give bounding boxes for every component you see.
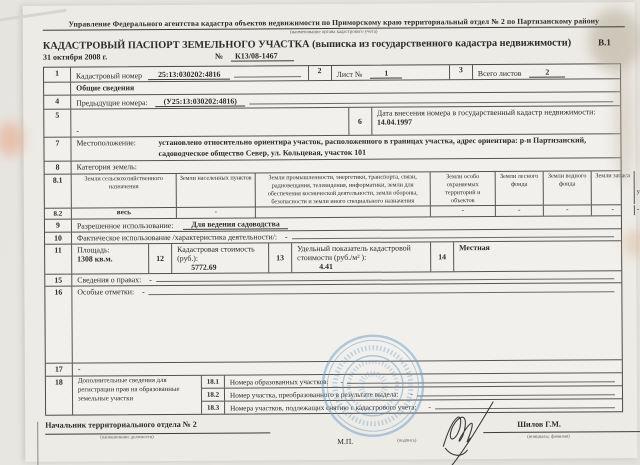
system-value: Местная (454, 242, 621, 272)
row-number: 1 (44, 68, 71, 82)
scan-stain (624, 230, 640, 256)
row-number: 16 (45, 287, 72, 363)
rights-label: Сведения о правах: (77, 276, 141, 285)
row-number: 8 (45, 162, 72, 174)
underline (417, 395, 615, 397)
row-number: 10 (45, 233, 72, 244)
cadastral-number-label: Кадастровый номер (76, 71, 142, 80)
land-category-cell: - (431, 206, 496, 216)
cadastral-table: 1 Кадастровый номер 25:13:030202:4816 2 … (43, 64, 623, 417)
location-label: Местоположение: (76, 138, 158, 160)
area-value: 1308 кв.м. (77, 255, 143, 264)
cadastral-cost-label: Кадастровая стоимость (руб.): (177, 245, 263, 264)
scan-edge-line (37, 422, 38, 465)
row-number: 14 (430, 243, 454, 272)
permitted-use-label: Разрешенное использование: (77, 221, 174, 231)
row-number: 18.2 (202, 389, 225, 401)
row-number: 15 (45, 275, 72, 286)
row-number: 12 (148, 244, 172, 273)
document-sheet: Управление Федерального агентства кадаст… (23, 2, 638, 462)
document-header: Управление Федерального агентства кадаст… (23, 2, 635, 63)
table-row-8-1: 8.1 Земли сельскохозяйственного назначен… (45, 172, 621, 210)
formed-parcels-value: - (341, 378, 343, 386)
land-category-col: Земли особо охраняемых территорий и объе… (431, 172, 496, 205)
cadastral-number-value: 25:13:030202:4816 (148, 70, 230, 81)
table-row-11-14: 11 Площадь: 1308 кв.м. 12 Кадастровая ст… (45, 242, 621, 276)
additional-info-label: Дополнительные сведения для регистрации … (73, 376, 202, 415)
formed-parcels-label: Номера образованных участков: (230, 378, 329, 387)
official-position: Начальник территориального отдела № 2 (45, 420, 197, 430)
row-number: 3 (449, 65, 473, 79)
land-category-col: Земли промышленности, энергетики, трансп… (256, 173, 431, 207)
row-number: 18.1 (202, 376, 225, 388)
gkn-date-label: Дата внесения номера в государственный к… (377, 108, 615, 118)
row-number: 11 (45, 245, 72, 274)
removed-parcels-label: Номера участков, подлежащих снятию с кад… (230, 404, 416, 413)
land-category-col: Земли сельскохозяйственного назначения (72, 174, 177, 208)
transformed-parcel-value: - (410, 391, 412, 399)
land-category-col: Земли запаса (592, 171, 635, 204)
row-number: 8.2 (45, 209, 72, 219)
position-caption: (наименование должности) (100, 434, 153, 439)
underline (149, 292, 615, 296)
location-value: установлено относительно ориентира участ… (158, 136, 615, 160)
document-number: К13/08-1467 (231, 52, 294, 62)
total-sheets-label: Всего листов (478, 69, 522, 78)
underline (249, 102, 613, 105)
underline (156, 279, 614, 283)
land-category-col: Земли лесного фонда (496, 172, 544, 205)
land-category-col: Земли населенных пунктов (177, 174, 256, 207)
sheet-number-label: Лист № (337, 70, 363, 79)
row-number: 18.3 (202, 402, 225, 414)
unit-cost-value: 4.41 (319, 262, 333, 271)
document-date: 31 октября 2008 г. (43, 52, 193, 63)
row-number: 18 (46, 377, 73, 415)
underline (234, 77, 300, 78)
name-caption: (инициалы, фамилия) (527, 434, 569, 439)
underline (347, 382, 615, 385)
land-category-selected: весь (72, 208, 177, 219)
land-category-cell: - (496, 206, 544, 216)
actual-use-value: - (285, 233, 288, 242)
row-number: 13 (268, 244, 292, 273)
underline (45, 433, 270, 435)
land-category-col: Земли водного фонда (544, 172, 592, 205)
row-number: 17 (46, 364, 73, 376)
stamp-place-label: М.П. (337, 437, 353, 446)
removed-parcels-value: - (428, 404, 430, 412)
actual-use-label: Фактическое использование /характеристик… (77, 233, 277, 243)
land-category-cell: - (544, 206, 592, 216)
row-number: 8.1 (45, 175, 72, 208)
special-notes-label: Особые отметки: (77, 288, 134, 297)
special-notes-value: - (142, 287, 145, 296)
form-code: В.1 (598, 37, 611, 47)
gkn-date-value: 14.04.1997 (377, 117, 615, 127)
underline (292, 237, 614, 240)
row-number: 7 (44, 138, 71, 161)
land-category-cell: - (592, 205, 635, 215)
previous-numbers-label: Предыдущие номера: (76, 98, 147, 107)
area-label: Площадь: (77, 246, 143, 255)
official-name: Шилов Г.М. (517, 420, 561, 429)
unit-cost-label: Удельный показатель кадастровой стоимост… (297, 244, 425, 263)
transformed-parcel-label: Номер участка, преобразованного в резуль… (230, 391, 399, 400)
land-category-col: Категория не установлена (635, 171, 640, 204)
scan-stain (0, 122, 24, 156)
land-category-cell (256, 207, 431, 218)
table-row-16: 16 Особые отметки: - (45, 284, 621, 365)
table-row-5-6: 5 - 6 Дата внесения номера в государстве… (44, 107, 620, 139)
row-number (44, 83, 71, 95)
document-number-label: № (215, 52, 223, 62)
table-row-18: 18 Дополнительные сведения для регистрац… (46, 374, 622, 416)
signature-block: Начальник территориального отдела № 2 (н… (45, 416, 623, 465)
cadastral-cost-value: 5772.69 (191, 263, 216, 272)
land-category-cell: - (635, 205, 640, 215)
previous-numbers-value: (У25:13:030202:4816) (156, 97, 245, 108)
row-number: 2 (308, 66, 332, 80)
total-sheets-value: 2 (529, 68, 565, 78)
signature-caption: (подпись) (397, 438, 416, 443)
land-category-cell: - (177, 208, 256, 218)
table-row-7: 7 Местоположение: установлено относитель… (44, 135, 620, 163)
row-number: 5 (44, 110, 71, 137)
sheet-number-value: 1 (370, 69, 402, 79)
rights-value: - (149, 275, 152, 284)
row5-value: - (76, 127, 79, 136)
permitted-use-value: Для ведения садоводства (183, 220, 287, 231)
row-number: 9 (45, 220, 72, 232)
row-number: 6 (348, 108, 372, 135)
row-number: 4 (44, 96, 71, 109)
